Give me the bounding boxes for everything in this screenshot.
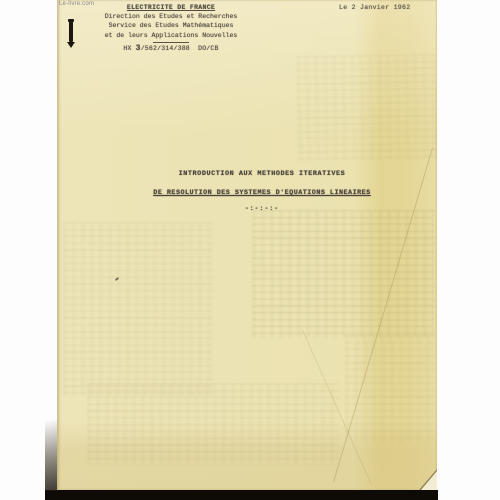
letterhead-divider xyxy=(153,42,189,43)
bleedthrough-text-patch xyxy=(345,335,435,443)
document-page: Le-livre.com ELECTRICITE DE FRANCE Direc… xyxy=(57,0,437,490)
reference-number: HX 3/562/314/388 DO/CB xyxy=(95,44,247,53)
title-separator: -:-:-:- xyxy=(77,205,447,212)
title-line-1: INTRODUCTION AUX METHODES ITERATIVES xyxy=(77,170,447,178)
staple-mark xyxy=(69,21,73,42)
letterhead-service-2: et de leurs Applications Nouvelles xyxy=(95,31,247,40)
ref-initials: DO/CB xyxy=(198,45,219,52)
bleedthrough-text-patch xyxy=(63,222,213,397)
org-name: ELECTRICITE DE FRANCE xyxy=(95,3,247,12)
letterhead-service: Service des Etudes Mathématiques xyxy=(95,21,247,30)
dogear-fold xyxy=(421,471,437,490)
document-title: INTRODUCTION AUX METHODES ITERATIVES DE … xyxy=(77,170,447,212)
title-line-2: DE RESOLUTION DES SYSTEMES D'EQUATIONS L… xyxy=(77,189,447,197)
bleedthrough-text-patch xyxy=(296,54,438,161)
document-date: Le 2 Janvier 1962 xyxy=(339,4,449,11)
watermark: Le-livre.com xyxy=(59,1,94,7)
ref-code: /562/314/388 xyxy=(141,45,190,52)
ref-prefix: HX xyxy=(123,45,131,52)
letterhead: ELECTRICITE DE FRANCE Direction des Etud… xyxy=(95,3,247,53)
scan-black-band xyxy=(45,490,438,500)
letterhead-dept: Direction des Etudes et Recherches xyxy=(95,12,247,21)
scanned-document: Le-livre.com ELECTRICITE DE FRANCE Direc… xyxy=(0,0,500,500)
bleedthrough-text-patch xyxy=(87,383,339,465)
